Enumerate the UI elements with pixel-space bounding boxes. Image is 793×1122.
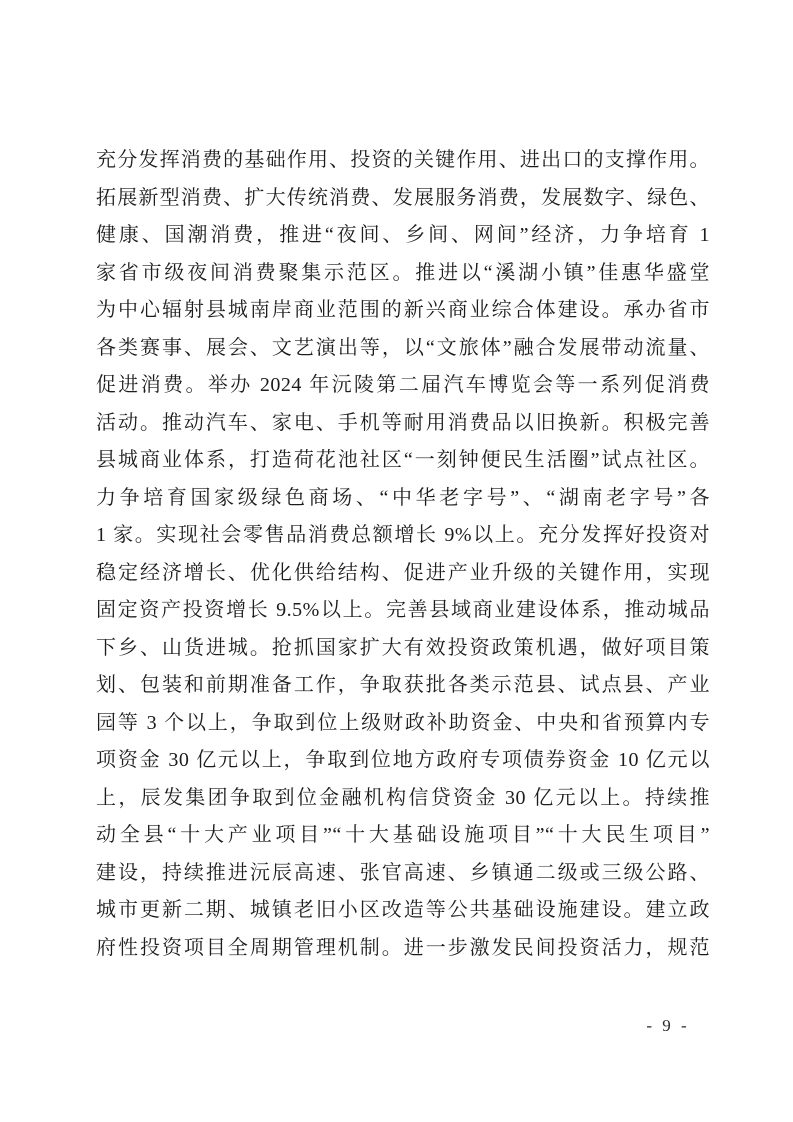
text-line: 拓展新型消费、扩大传统消费、发展服务消费，发展数字、绿色、 [96,180,710,218]
body-text-block: 充分发挥消费的基础作用、投资的关键作用、进出口的支撑作用。 拓展新型消费、扩大传… [96,142,710,967]
text-line: 1 家。实现社会零售品消费总额增长 9%以上。充分发挥好投资对 [96,517,710,555]
text-line: 力争培育国家级绿色商场、“中华老字号”、“湖南老字号”各 [96,480,710,518]
text-line: 稳定经济增长、优化供给结构、促进产业升级的关键作用，实现 [96,555,710,593]
text-line: 划、包装和前期准备工作，争取获批各类示范县、试点县、产业 [96,667,710,705]
text-line: 项资金 30 亿元以上，争取到位地方政府专项债券资金 10 亿元以 [96,742,710,780]
text-line: 县城商业体系，打造荷花池社区“一刻钟便民生活圈”试点社区。 [96,442,710,480]
text-line: 活动。推动汽车、家电、手机等耐用消费品以旧换新。积极完善 [96,405,710,443]
text-line: 充分发挥消费的基础作用、投资的关键作用、进出口的支撑作用。 [96,142,710,180]
text-line: 健康、国潮消费，推进“夜间、乡间、网间”经济，力争培育 1 [96,217,710,255]
text-line: 建设，持续推进沅辰高速、张官高速、乡镇通二级或三级公路、 [96,855,710,893]
text-line: 促进消费。举办 2024 年沅陵第二届汽车博览会等一系列促消费 [96,367,710,405]
text-line: 各类赛事、展会、文艺演出等，以“文旅体”融合发展带动流量、 [96,330,710,368]
text-line: 固定资产投资增长 9.5%以上。完善县域商业建设体系，推动城品 [96,592,710,630]
text-line: 下乡、山货进城。抢抓国家扩大有效投资政策机遇，做好项目策 [96,630,710,668]
text-line: 城市更新二期、城镇老旧小区改造等公共基础设施建设。建立政 [96,892,710,930]
text-line: 动全县“十大产业项目”“十大基础设施项目”“十大民生项目” [96,817,710,855]
text-line: 府性投资项目全周期管理机制。进一步激发民间投资活力，规范 [96,930,710,968]
text-line: 上，辰发集团争取到位金融机构信贷资金 30 亿元以上。持续推 [96,780,710,818]
text-line: 家省市级夜间消费聚集示范区。推进以“溪湖小镇”佳惠华盛堂 [96,255,710,293]
text-line: 园等 3 个以上，争取到位上级财政补助资金、中央和省预算内专 [96,705,710,743]
document-page: 充分发挥消费的基础作用、投资的关键作用、进出口的支撑作用。 拓展新型消费、扩大传… [0,0,793,1122]
page-number: - 9 - [620,1014,716,1038]
text-line: 为中心辐射县城南岸商业范围的新兴商业综合体建设。承办省市 [96,292,710,330]
